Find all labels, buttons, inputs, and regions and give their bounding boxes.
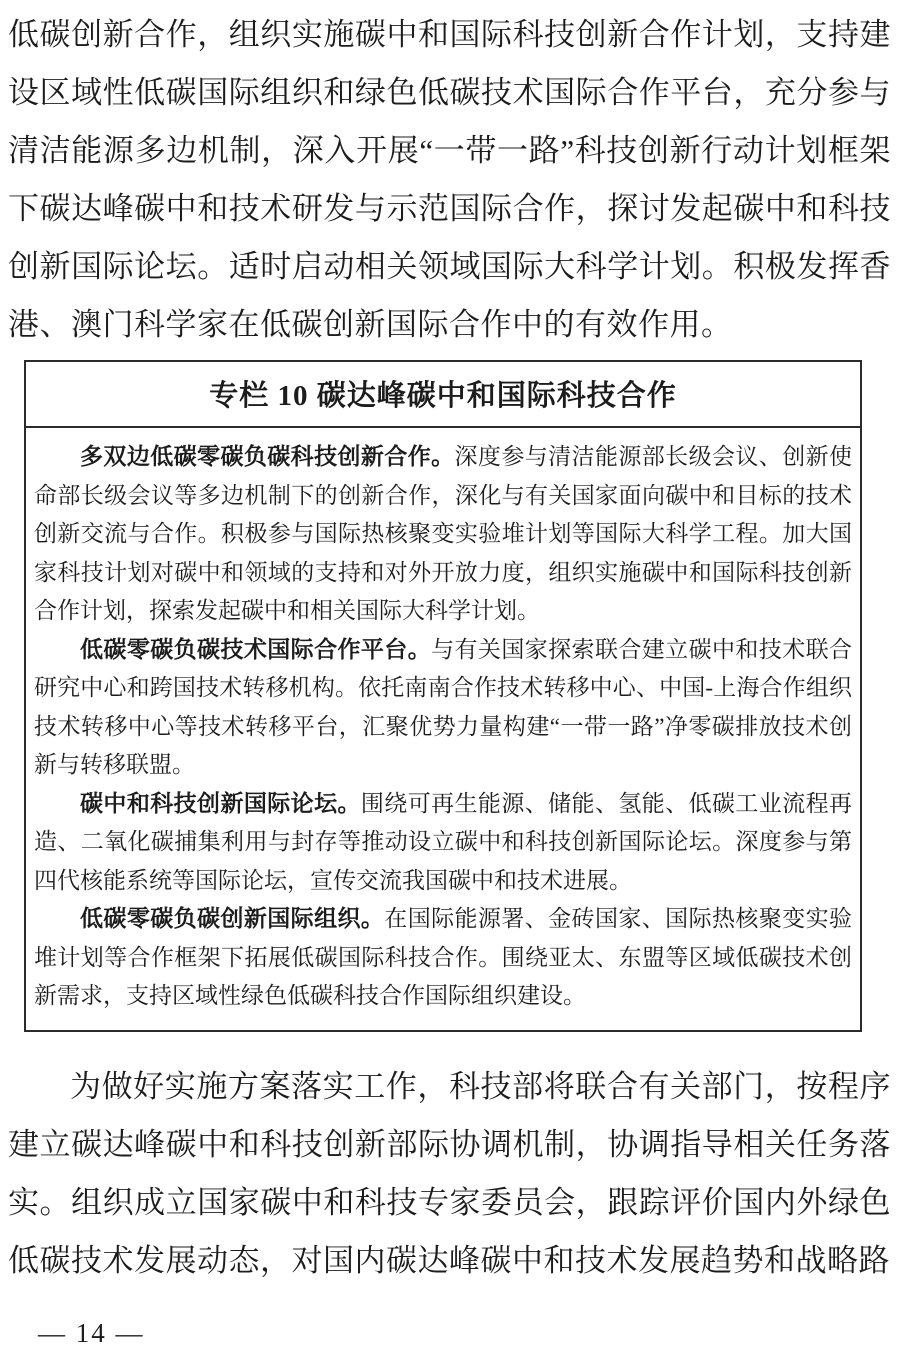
box-paragraph-lead: 低碳零碳负碳技术国际合作平台。	[80, 637, 431, 662]
document-page: 低碳创新合作，组织实施碳中和国际科技创新合作计划，支持建设区域性低碳国际组织和绿…	[0, 0, 899, 1352]
box-paragraph: 低碳零碳负碳技术国际合作平台。与有关国家探索联合建立碳中和技术联合研究中心和跨国…	[34, 631, 852, 785]
closing-paragraph: 为做好实施方案落实工作，科技部将联合有关部门，按程序建立碳达峰碳中和科技创新部际…	[8, 1058, 891, 1290]
intro-paragraph: 低碳创新合作，组织实施碳中和国际科技创新合作计划，支持建设区域性低碳国际组织和绿…	[8, 6, 891, 354]
box-paragraph: 低碳零碳负碳创新国际组织。在国际能源署、金砖国家、国际热核聚变实验堆计划等合作框…	[34, 900, 852, 1016]
page-number: — 14 —	[38, 1318, 891, 1349]
box-paragraph: 碳中和科技创新国际论坛。围绕可再生能源、储能、氢能、低碳工业流程再造、二氧化碳捕…	[34, 785, 852, 901]
box-paragraph-body: 深度参与清洁能源部长级会议、创新使命部长级会议等多边机制下的创新合作，深化与有关…	[34, 444, 852, 623]
column-box: 专栏 10 碳达峰碳中和国际科技合作 多双边低碳零碳负碳科技创新合作。深度参与清…	[24, 360, 862, 1032]
box-paragraph-lead: 碳中和科技创新国际论坛。	[80, 791, 361, 816]
column-box-body: 多双边低碳零碳负碳科技创新合作。深度参与清洁能源部长级会议、创新使命部长级会议等…	[26, 428, 860, 1030]
column-box-title: 专栏 10 碳达峰碳中和国际科技合作	[26, 362, 860, 428]
box-paragraph-lead: 低碳零碳负碳创新国际组织。	[80, 906, 384, 931]
box-paragraph: 多双边低碳零碳负碳科技创新合作。深度参与清洁能源部长级会议、创新使命部长级会议等…	[34, 438, 852, 631]
box-paragraph-lead: 多双边低碳零碳负碳科技创新合作。	[80, 444, 455, 469]
